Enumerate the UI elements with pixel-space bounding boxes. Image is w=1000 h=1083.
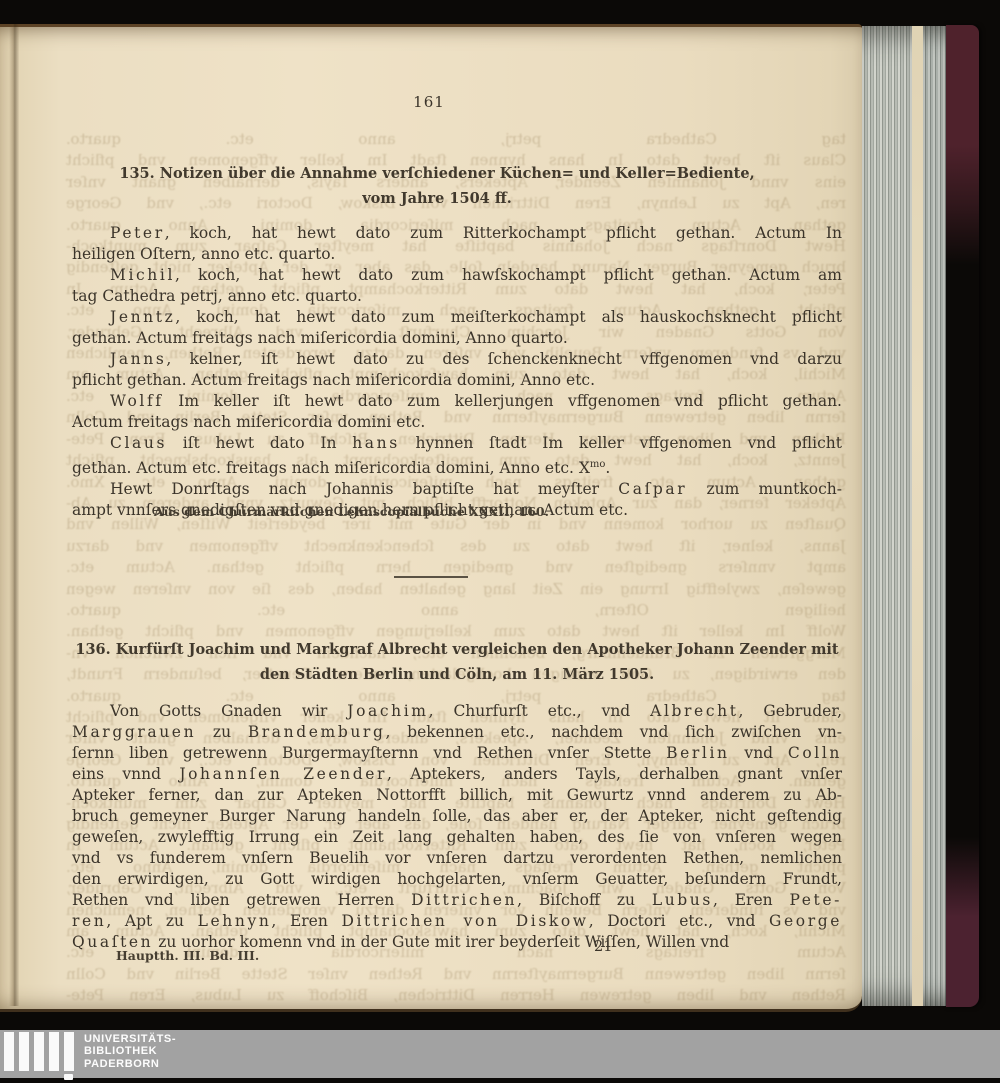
library-logo-icon xyxy=(4,1032,76,1078)
heading-line: 136. Kurfürſt Joachim und Markgraf Albre… xyxy=(72,637,842,662)
text-line: Rethen vnd liben getrewen Herren Dittric… xyxy=(72,890,842,911)
text-line: Hewt Donrſtags nach Johannis baptiſte ha… xyxy=(72,479,842,500)
volume-footer-note: Hauptth. III. Bd. III. xyxy=(116,948,259,963)
section-136-body: Von Gotts Gnaden wir Joachim, Churfurſt … xyxy=(72,701,842,953)
page-number: 161 xyxy=(44,93,814,111)
book-scan-photo: tag Cathedra petrj, anno etc. quarto.Cla… xyxy=(0,0,1000,1083)
marbled-book-cover-edge xyxy=(946,25,979,1007)
logo-bar xyxy=(4,1032,14,1071)
bleedthrough-line: ſernn liben getrewenn Burgermayſternn vn… xyxy=(66,964,846,985)
text-line: Von Gotts Gnaden wir Joachim, Churfurſt … xyxy=(72,701,842,722)
text-line: Jenntz, koch, hat hewt dato zum meiſterk… xyxy=(72,307,842,328)
text-line: Peter, koch, hat hewt dato zum Ritterkoc… xyxy=(72,223,842,244)
text-line: eins vnnd Johannſen Zeender, Aptekers, a… xyxy=(72,764,842,785)
heading-line: den Städten Berlin und Cöln, am 11. März… xyxy=(72,662,842,687)
fore-edge-page-stack xyxy=(923,26,946,1006)
logo-bar xyxy=(64,1032,74,1071)
bottom-black-strip xyxy=(0,1078,1000,1083)
text-line: den erwirdigen, zu Gott wirdigen hochgel… xyxy=(72,869,842,890)
text-line: Marggrauen zu Brandemburg, bekennen etc.… xyxy=(72,722,842,743)
section-135-heading: 135. Notizen über die Annahme verſchiede… xyxy=(52,161,822,211)
bleedthrough-line: geweſen, zwylefftig Irrung ein Zeit lang… xyxy=(66,579,846,600)
fore-edge-paper-gap xyxy=(912,26,923,1006)
text-line: Wolff Im keller iſt hewt dato zum keller… xyxy=(72,391,842,412)
bleedthrough-line: Janns, kelner, iſt hewt dato zu des ſche… xyxy=(66,536,846,557)
text-line: Apteker ferner, dan zur Apteken Nottorff… xyxy=(72,785,842,806)
text-line: Michil, koch, hat hewt dato zum hawſskoc… xyxy=(72,265,842,286)
page-gutter-crease xyxy=(9,24,19,1006)
text-line: pflicht gethan. Actum freitags nach miſe… xyxy=(72,370,842,391)
text-line: gethan. Actum etc. freitags nach miſeric… xyxy=(72,454,842,479)
text-line: Janns, kelner, iſt hewt dato zu des ſche… xyxy=(72,349,842,370)
section-divider-rule xyxy=(394,576,468,578)
heading-line: vom Jahre 1504 ff. xyxy=(52,186,822,211)
text-line: ſernn liben getrewenn Burgermayſternn vn… xyxy=(72,743,842,764)
sheet-signature-number: 21 xyxy=(594,939,612,955)
text-line: tag Cathedra petrj, anno etc. quarto. xyxy=(72,286,842,307)
fore-edge-page-stack xyxy=(862,26,912,1006)
logo-bar xyxy=(34,1032,44,1071)
bleedthrough-line: tag Cathedra petrj, anno etc. quarto. xyxy=(66,129,846,150)
section-136-heading: 136. Kurfürſt Joachim und Markgraf Albre… xyxy=(72,637,842,687)
text-column: tag Cathedra petrj, anno etc. quarto.Cla… xyxy=(72,51,842,1033)
text-line: geweſen, zwylefftig Irrung ein Zeit lang… xyxy=(72,827,842,848)
library-name-line: BIBLIOTHEK xyxy=(84,1045,176,1057)
logo-bar xyxy=(49,1032,59,1071)
text-line: heiligen Oſtern, anno etc. quarto. xyxy=(72,244,842,265)
logo-exclamation-dot xyxy=(64,1074,73,1080)
bleedthrough-line: Rethen vnd liben getrewen Herren Dittric… xyxy=(66,985,846,1006)
text-line: vnd vs funderem vnſern Beuelih vor vnſer… xyxy=(72,848,842,869)
logo-bar xyxy=(19,1032,29,1071)
section-135-body: Peter, koch, hat hewt dato zum Ritterkoc… xyxy=(72,223,842,521)
library-name-line: PADERBORN xyxy=(84,1058,176,1070)
library-name: UNIVERSITÄTS- BIBLIOTHEK PADERBORN xyxy=(84,1033,176,1070)
text-line: Actum freitags nach miſericordia domini … xyxy=(72,412,842,433)
text-line: gethan. Actum freitags nach miſericordia… xyxy=(72,328,842,349)
heading-line: 135. Notizen über die Annahme verſchiede… xyxy=(52,161,822,186)
library-name-line: UNIVERSITÄTS- xyxy=(84,1033,176,1045)
text-line: ren, Apt zu Lehnyn, Eren Dittrichen von … xyxy=(72,911,842,932)
source-note: Aus dem Churmärkiſchen Lehnscopialbuche … xyxy=(154,504,549,519)
book-page: tag Cathedra petrj, anno etc. quarto.Cla… xyxy=(0,24,862,1012)
bleedthrough-line: heiligen Oſtern, anno etc. quarto. xyxy=(66,600,846,621)
text-line: bruch gemeyner Burger Narung handeln ſol… xyxy=(72,806,842,827)
text-line: Claus iſt hewt dato In hans hynnen ſtadt… xyxy=(72,433,842,454)
